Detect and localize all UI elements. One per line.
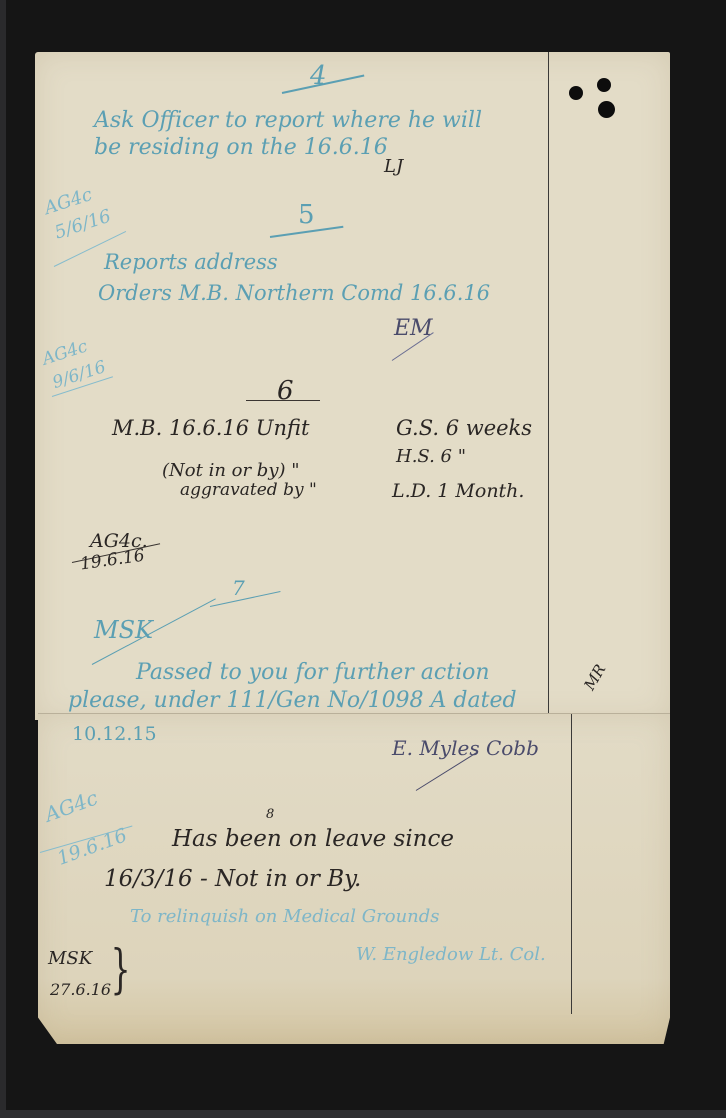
entry-text-line: please, under 111/Gen No/1098 A dated [68,690,517,712]
entry-number: 5 [298,202,315,228]
entry-text-line: Orders M.B. Northern Comd 16.6.16 [98,283,490,304]
entry-text-line: 16/3/16 - Not in or By. [104,868,361,891]
margin-rule [548,52,549,720]
signature: E. Myles Cobb [392,738,539,758]
entry-text-line: G.S. 6 weeks [396,418,532,439]
entry-text-line: Reports address [104,252,278,273]
footer-note: MSK [48,950,92,968]
punch-hole [569,86,583,100]
addendum-signature: W. Engledow Lt. Col. [356,946,546,964]
frame-shelf [0,1110,726,1118]
punch-hole [598,101,615,118]
entry-number: 8 [266,808,274,821]
entry-text-line: Passed to you for further action [136,662,490,684]
margin-rule [571,714,572,1014]
entry-text-line: Has been on leave since [172,828,454,851]
addendum: To relinquish on Medical Grounds [130,908,440,926]
frame-edge [0,0,6,1118]
entry-text-line: L.D. 1 Month. [392,482,524,501]
entry-text-line: be residing on the 16.6.16 [94,137,388,159]
brace: } [111,944,131,996]
entry-text-line: Ask Officer to report where he will [94,110,482,132]
addressee: MSK [94,618,153,642]
footer-note-date: 27.6.16 [50,982,111,998]
entry-text-line: (Not in or by) " [162,462,300,480]
entry-text-line: 10.12.15 [72,725,157,744]
entry-text-line: M.B. 16.6.16 Unfit [112,418,309,439]
initials: LJ [384,158,403,176]
entry-number: 7 [232,578,245,598]
entry-text-line: aggravated by " [180,482,317,499]
entry-text-line: H.S. 6 " [396,448,466,466]
entry-underline [246,400,320,401]
punch-hole [597,78,611,92]
